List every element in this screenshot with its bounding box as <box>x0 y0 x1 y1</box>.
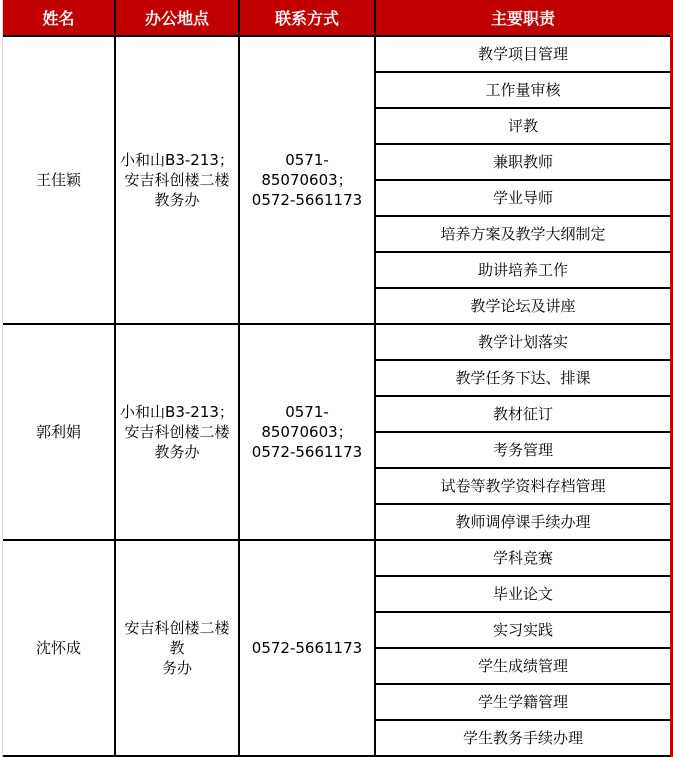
duty-cell: 学生学籍管理 <box>375 684 670 720</box>
duty-cell: 教学计划落实 <box>375 324 670 360</box>
table-row: 郭利娟小和山B3-213； 安吉科创楼二楼 教务办0571-85070603； … <box>3 324 670 360</box>
duty-cell: 培养方案及教学大纲制定 <box>375 216 670 252</box>
name-cell: 沈怀成 <box>3 540 115 756</box>
contact-cell: 0572-5661173 <box>239 540 375 756</box>
duty-cell: 教学任务下达、排课 <box>375 360 670 396</box>
duty-cell: 教师调停课手续办理 <box>375 504 670 540</box>
duty-cell: 学生教务手续办理 <box>375 720 670 756</box>
column-header-office: 办公地点 <box>115 0 239 36</box>
contact-cell: 0571-85070603； 0572-5661173 <box>239 324 375 540</box>
page: 姓名办公地点联系方式主要职责 王佳颖小和山B3-213； 安吉科创楼二楼 教务办… <box>0 0 673 757</box>
staff-table-wrapper: 姓名办公地点联系方式主要职责 王佳颖小和山B3-213； 安吉科创楼二楼 教务办… <box>2 0 673 757</box>
table-row: 王佳颖小和山B3-213； 安吉科创楼二楼 教务办0571-85070603； … <box>3 36 670 72</box>
duty-cell: 工作量审核 <box>375 72 670 108</box>
office-cell: 小和山B3-213； 安吉科创楼二楼 教务办 <box>115 324 239 540</box>
column-header-contact: 联系方式 <box>239 0 375 36</box>
table-row: 沈怀成安吉科创楼二楼教 务办0572-5661173学科竞赛 <box>3 540 670 576</box>
duty-cell: 试卷等教学资料存档管理 <box>375 468 670 504</box>
duty-cell: 毕业论文 <box>375 576 670 612</box>
duty-cell: 评教 <box>375 108 670 144</box>
duty-cell: 教学论坛及讲座 <box>375 288 670 324</box>
duty-cell: 助讲培养工作 <box>375 252 670 288</box>
duty-cell: 学业导师 <box>375 180 670 216</box>
duty-cell: 兼职教师 <box>375 144 670 180</box>
duty-cell: 考务管理 <box>375 432 670 468</box>
duty-cell: 学生成绩管理 <box>375 648 670 684</box>
office-cell: 安吉科创楼二楼教 务办 <box>115 540 239 756</box>
name-cell: 郭利娟 <box>3 324 115 540</box>
duty-cell: 教学项目管理 <box>375 36 670 72</box>
duty-cell: 教材征订 <box>375 396 670 432</box>
column-header-duties: 主要职责 <box>375 0 670 36</box>
contact-cell: 0571-85070603； 0572-5661173 <box>239 36 375 324</box>
column-header-name: 姓名 <box>3 0 115 36</box>
name-cell: 王佳颖 <box>3 36 115 324</box>
staff-duties-table: 姓名办公地点联系方式主要职责 王佳颖小和山B3-213； 安吉科创楼二楼 教务办… <box>3 0 670 757</box>
header-row: 姓名办公地点联系方式主要职责 <box>3 0 670 36</box>
duty-cell: 学科竞赛 <box>375 540 670 576</box>
duty-cell: 实习实践 <box>375 612 670 648</box>
office-cell: 小和山B3-213； 安吉科创楼二楼 教务办 <box>115 36 239 324</box>
